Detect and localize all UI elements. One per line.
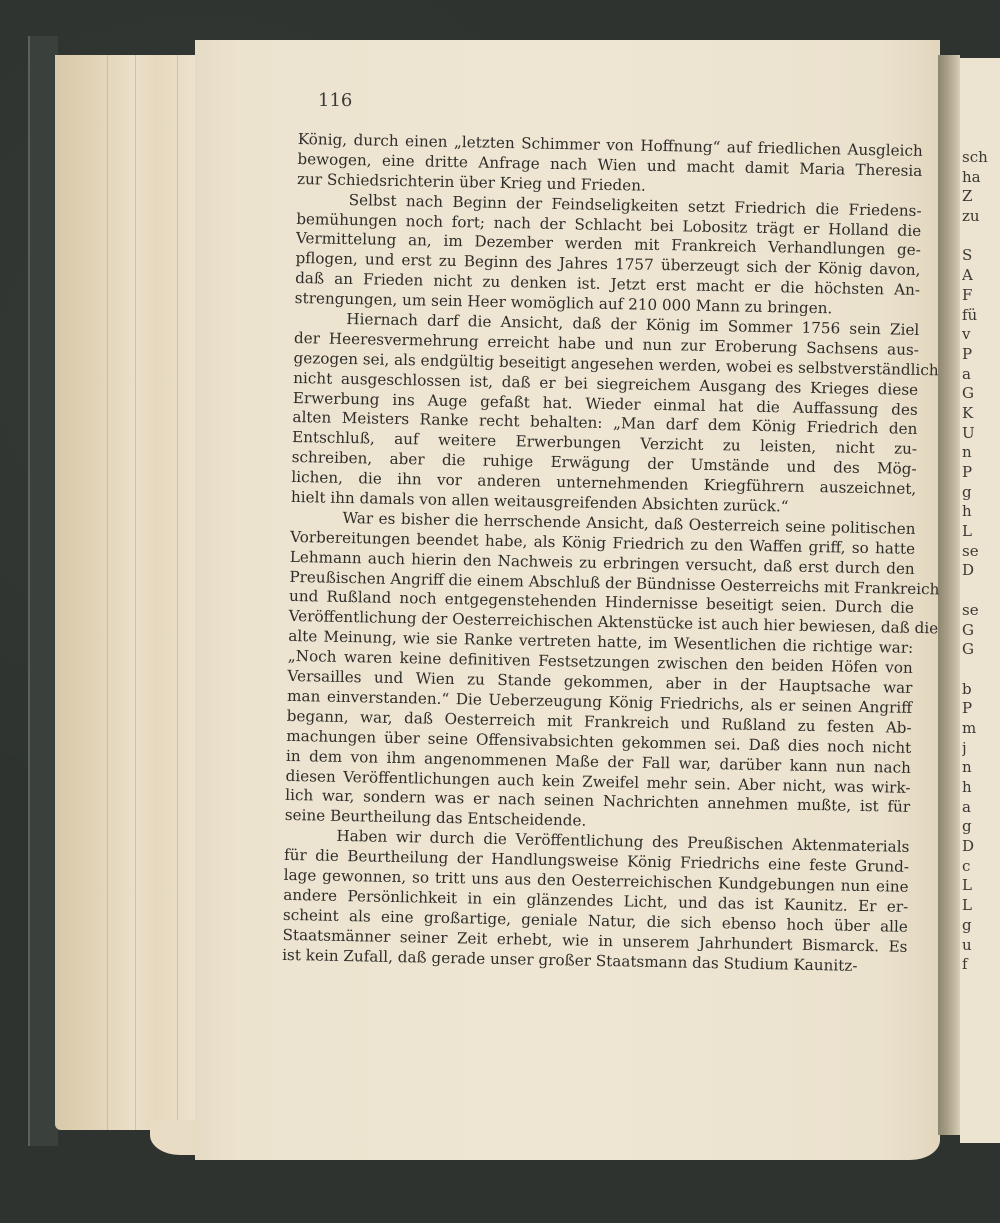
paragraph: Selbst nach Beginn der Feindseligkeiten … — [295, 190, 922, 321]
facing-page-fragment: h — [962, 502, 1000, 522]
facing-page-fragment: G — [962, 640, 1000, 660]
facing-page-fragment: se — [962, 542, 1000, 562]
facing-page-fragment: ha — [962, 168, 1000, 188]
facing-page-fragment: S — [962, 246, 1000, 266]
facing-page-fragment: g — [962, 916, 1000, 936]
paragraph: Haben wir durch die Veröffentlichung des… — [282, 826, 910, 977]
page-edge-line — [107, 55, 108, 1130]
facing-page-fragment: P — [962, 345, 1000, 365]
facing-page-fragment: a — [962, 798, 1000, 818]
cover-spine-edge — [28, 36, 58, 1146]
facing-page-fragment: sch — [962, 148, 1000, 168]
facing-page-fragment: G — [962, 384, 1000, 404]
book-gutter — [938, 55, 960, 1135]
facing-page-fragment: L — [962, 522, 1000, 542]
paragraph: War es bisher die herrschende Ansicht, d… — [285, 508, 916, 838]
facing-page-fragment: L — [962, 876, 1000, 896]
page-stack-edge — [55, 55, 200, 1130]
facing-page-fragment: P — [962, 463, 1000, 483]
facing-page-fragment: K — [962, 404, 1000, 424]
facing-page-fragment: Z — [962, 187, 1000, 207]
facing-page-fragment: zu — [962, 207, 1000, 227]
page-edge-line — [177, 55, 178, 1130]
facing-page-fragment: v — [962, 325, 1000, 345]
body-text: König, durch einen „letzten Schimmer von… — [282, 130, 923, 977]
page-edge-line — [135, 55, 136, 1130]
facing-page-text-fragments: schhaZzuSAFfüvPaGKUnPghLseDseGGbPmjnhagD… — [962, 148, 1000, 975]
facing-page-fragment: D — [962, 837, 1000, 857]
facing-page-fragment: u — [962, 936, 1000, 956]
facing-page-fragment — [962, 227, 1000, 247]
facing-page-fragment: n — [962, 443, 1000, 463]
facing-page-fragment: L — [962, 896, 1000, 916]
facing-page-fragment: n — [962, 758, 1000, 778]
facing-page-fragment: G — [962, 621, 1000, 641]
facing-page-fragment: a — [962, 365, 1000, 385]
facing-page-fragment — [962, 660, 1000, 680]
facing-page-fragment: f — [962, 955, 1000, 975]
facing-page-fragment: j — [962, 739, 1000, 759]
paragraph: Hiernach darf die Ansicht, daß der König… — [291, 309, 920, 520]
page-number: 116 — [318, 90, 352, 111]
facing-page-fragment: g — [962, 817, 1000, 837]
facing-page-fragment: P — [962, 699, 1000, 719]
facing-page-fragment: D — [962, 561, 1000, 581]
facing-page-fragment: c — [962, 857, 1000, 877]
facing-page-fragment: h — [962, 778, 1000, 798]
facing-page-fragment: A — [962, 266, 1000, 286]
facing-page-fragment: b — [962, 680, 1000, 700]
facing-page-fragment: F — [962, 286, 1000, 306]
facing-page-fragment: m — [962, 719, 1000, 739]
facing-page-fragment: U — [962, 424, 1000, 444]
facing-page-fragment: se — [962, 601, 1000, 621]
facing-page-fragment — [962, 581, 1000, 601]
facing-page-fragment: fü — [962, 306, 1000, 326]
facing-page-fragment: g — [962, 483, 1000, 503]
